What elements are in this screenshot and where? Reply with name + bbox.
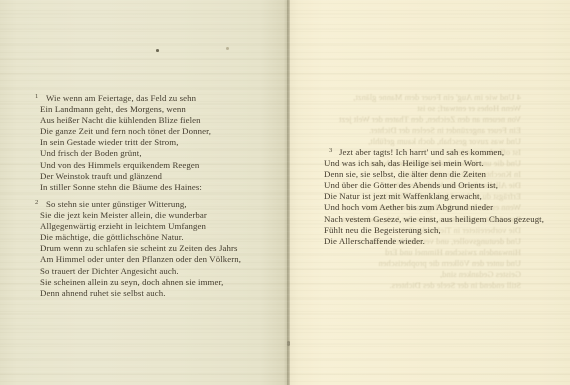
verse-line: In stiller Sonne stehn die Bäume des Hai…	[40, 182, 211, 193]
verse-line: Aus heißer Nacht die kühlenden Blize fie…	[40, 115, 211, 126]
verse-line: Wie wenn am Feiertage, das Feld zu sehn	[40, 93, 211, 104]
paper-speck	[156, 49, 159, 52]
verse-line: Und was ich sah, das Heilige sei mein Wo…	[324, 158, 544, 169]
verse-line: Nach vestem Geseze, wie einst, aus heili…	[324, 214, 544, 225]
verse-line: Ein Landmann geht, des Morgens, wenn	[40, 104, 211, 115]
stanza-lines: Jezt aber tagts! Ich harrt' und sah es k…	[324, 147, 544, 248]
verse-line: Denn sie, sie selbst, die älter denn die…	[324, 169, 544, 180]
verse-line: Denn ahnend ruhet sie selbst auch.	[40, 288, 241, 299]
stanza-number: 3	[329, 148, 332, 155]
bleedthrough-line: Von neuem an den Zeichen, den Thaten der…	[357, 114, 521, 125]
verse-line: So trauert der Dichter Angesicht auch.	[40, 266, 241, 277]
verse-line: Und von des Himmels erquikendem Reegen	[40, 160, 211, 171]
verse-line: So stehn sie unter günstiger Witterung,	[40, 199, 241, 210]
verse-line: Sie die jezt kein Meister allein, die wu…	[40, 210, 241, 221]
verse-line: Jezt aber tagts! Ich harrt' und sah es k…	[324, 147, 544, 158]
stanza-number: 1	[35, 94, 38, 101]
paper-speck	[226, 47, 229, 50]
stanza-3: 3 Jezt aber tagts! Ich harrt' und sah es…	[324, 147, 544, 248]
paper-speck	[287, 341, 290, 346]
verse-line: Und hoch vom Aether bis zum Abgrund nied…	[324, 202, 544, 213]
verse-line: Und über die Götter des Abends und Orien…	[324, 180, 544, 191]
bleedthrough-line: Ein Feuer angezündet in Seelen der Dicht…	[357, 125, 521, 136]
stanza-2: 2 So stehn sie unter günstiger Witterung…	[40, 199, 241, 300]
bleedthrough-line: Still endend in der Seele des Dichters.	[357, 280, 521, 291]
verse-line: Fühlt neu die Begeisterung sich,	[324, 225, 544, 236]
verse-line: Die Allerschaffende wieder.	[324, 236, 544, 247]
bleedthrough-line: Hinwandeln zwischen Himmel und Erd	[357, 247, 521, 258]
stanza-lines: Wie wenn am Feiertage, das Feld zu sehnE…	[40, 93, 211, 194]
stanza-number: 2	[35, 200, 38, 207]
book-spread: 1 Wie wenn am Feiertage, das Feld zu seh…	[0, 0, 570, 385]
left-page: 1 Wie wenn am Feiertage, das Feld zu seh…	[0, 0, 288, 385]
verse-line: Die ganze Zeit und fern noch tönet der D…	[40, 126, 211, 137]
page-gutter	[287, 0, 290, 385]
verse-line: Sie scheinen allein zu seyn, doch ahnen …	[40, 277, 241, 288]
bleedthrough-line: Geistes Gedanken sind,	[357, 269, 521, 280]
verse-line: Am Himmel oder unter den Pflanzen oder d…	[40, 254, 241, 265]
bleedthrough-line: Wenn Hohes er entwarf; so ist	[357, 103, 521, 114]
verse-line: In sein Gestade wieder tritt der Strom,	[40, 137, 211, 148]
bleedthrough-line: 4 Und wie im Aug' ein Feuer dem Manne gl…	[357, 92, 521, 103]
verse-line: Der Weinstok trauft und glänzend	[40, 171, 211, 182]
verse-line: Drum wenn zu schlafen sie scheint zu Zei…	[40, 243, 241, 254]
verse-line: Allgegenwärtig erzieht in leichtem Umfan…	[40, 221, 241, 232]
verse-line: Und frisch der Boden grünt,	[40, 148, 211, 159]
verse-line: Die mächtige, die göttlichschöne Natur.	[40, 232, 241, 243]
stanza-1: 1 Wie wenn am Feiertage, das Feld zu seh…	[40, 93, 211, 194]
stanza-lines: So stehn sie unter günstiger Witterung,S…	[40, 199, 241, 300]
verse-line: Die Natur ist jezt mit Waffenklang erwac…	[324, 191, 544, 202]
bleedthrough-line: Und unter den Völkern die prophetischen	[357, 258, 521, 269]
